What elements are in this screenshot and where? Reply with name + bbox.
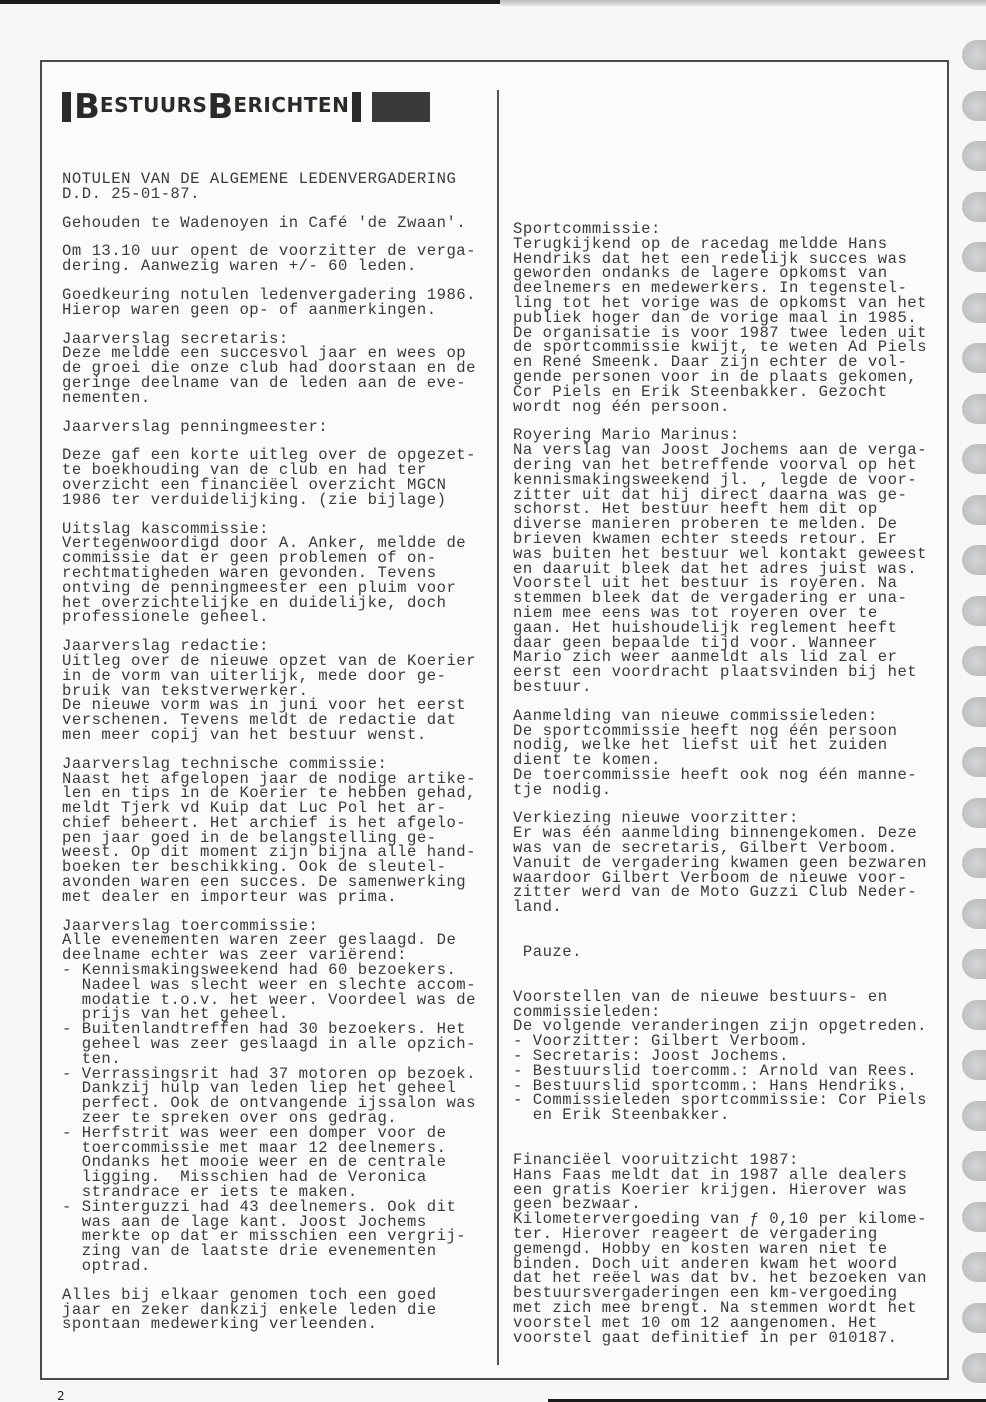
binder-hole xyxy=(962,293,986,323)
paragraph: Jaarverslag redactie:Uitleg over de nieu… xyxy=(62,639,476,743)
paragraph: Jaarverslag toercommissie:Alle evenement… xyxy=(62,919,476,1274)
banner-text-1: ESTUURS xyxy=(100,92,208,118)
binder-hole xyxy=(962,343,986,373)
left-column: NOTULEN VAN DE ALGEMENE LEDENVERGADERING… xyxy=(62,172,476,1346)
paragraph: Aanmelding van nieuwe commissieleden:De … xyxy=(513,709,927,798)
paragraph-line: wordt nog één persoon. xyxy=(513,400,927,415)
binder-hole xyxy=(962,1353,986,1383)
paragraph-line: 1986 ter verduidelijking. (zie bijlage) xyxy=(62,493,476,508)
banner-text-2: ERICHTEN xyxy=(233,92,349,118)
binder-hole xyxy=(962,242,986,272)
paragraph-line: optrad. xyxy=(62,1259,476,1274)
paragraph-line: en Erik Steenbakker. xyxy=(513,1108,927,1123)
paragraph-line: bestuur. xyxy=(513,680,927,695)
paragraph: Jaarverslag penningmeester: xyxy=(62,420,476,435)
paragraph: Financiëel vooruitzicht 1987:Hans Faas m… xyxy=(513,1153,927,1345)
paragraph: Jaarverslag technische commissie:Naast h… xyxy=(62,757,476,905)
binder-hole xyxy=(962,697,986,727)
binder-hole xyxy=(962,1202,986,1232)
paragraph-line: met dealer en importeur was prima. xyxy=(62,890,476,905)
binder-hole xyxy=(962,91,986,121)
paragraph: Gehouden te Wadenoyen in Café 'de Zwaan'… xyxy=(62,216,476,231)
paragraph-line: land. xyxy=(513,900,927,915)
paragraph-line: nementen. xyxy=(62,391,476,406)
paragraph: Jaarverslag secretaris:Deze meldde een s… xyxy=(62,332,476,406)
paragraph: Alles bij elkaar genomen toch een goedja… xyxy=(62,1288,476,1332)
paragraph-line: men meer copij van het bestuur wenst. xyxy=(62,728,476,743)
paragraph: NOTULEN VAN DE ALGEMENE LEDENVERGADERING… xyxy=(62,172,476,202)
binder-hole xyxy=(962,1050,986,1080)
paragraph: Deze gaf een korte uitleg over de opgeze… xyxy=(62,448,476,507)
binder-hole xyxy=(962,141,986,171)
paragraph-first-line: Gehouden te Wadenoyen in Café 'de Zwaan'… xyxy=(62,216,476,231)
binder-hole xyxy=(962,848,986,878)
paragraph-first-line: Jaarverslag penningmeester: xyxy=(62,420,476,435)
binder-hole xyxy=(962,192,986,222)
binder-hole xyxy=(962,798,986,828)
banner-letter-1: B xyxy=(74,92,100,122)
paragraph-line: voorstel gaat definitief in per 010187. xyxy=(513,1331,927,1346)
paragraph-line: zitter werd van de Moto Guzzi Club Neder… xyxy=(513,885,927,900)
banner-bar-right xyxy=(352,92,361,122)
paragraph: Voorstellen van de nieuwe bestuurs- enco… xyxy=(513,990,927,1123)
paragraph-line: professionele geheel. xyxy=(62,610,476,625)
paragraph-first-line: Pauze. xyxy=(513,945,927,960)
binder-hole xyxy=(962,444,986,474)
paragraph: Om 13.10 uur opent de voorzitter de verg… xyxy=(62,244,476,274)
binder-hole xyxy=(962,1101,986,1131)
binder-hole xyxy=(962,596,986,626)
paragraph: Sportcommissie:Terugkijkend op de raceda… xyxy=(513,222,927,414)
scan-edge-top-grey xyxy=(500,0,986,6)
binder-hole xyxy=(962,646,986,676)
binder-hole xyxy=(962,949,986,979)
binder-hole xyxy=(962,394,986,424)
banner-block xyxy=(372,92,430,122)
paragraph: Uitslag kascommissie:Vertegenwoordigd do… xyxy=(62,522,476,626)
paragraph-line: Hierop waren geen op- of aanmerkingen. xyxy=(62,303,476,318)
binder-hole xyxy=(962,495,986,525)
binder-hole xyxy=(962,1303,986,1333)
banner-letter-2: B xyxy=(207,92,233,122)
paragraph: Verkiezing nieuwe voorzitter:Er was één … xyxy=(513,811,927,915)
paragraph-line: dering. Aanwezig waren +/- 60 leden. xyxy=(62,259,476,274)
binder-hole xyxy=(962,1151,986,1181)
paragraph: Pauze. xyxy=(513,945,927,960)
binder-hole xyxy=(962,1000,986,1030)
paragraph: Royering Mario Marinus:Na verslag van Jo… xyxy=(513,428,927,694)
banner-bar-left xyxy=(62,92,71,122)
paragraph-line: geheel was zeer geslaagd in alle opzich- xyxy=(62,1037,476,1052)
binder-hole xyxy=(962,899,986,929)
binder-hole xyxy=(962,747,986,777)
binder-hole xyxy=(962,545,986,575)
paragraph-line: spontaan medewerking verleenden. xyxy=(62,1317,476,1332)
binder-holes xyxy=(958,40,986,1402)
right-column: Sportcommissie:Terugkijkend op de raceda… xyxy=(513,222,927,1359)
section-banner-bestuursberichten: B ESTUURS B ERICHTEN xyxy=(62,88,430,122)
paragraph-line: D.D. 25-01-87. xyxy=(62,187,476,202)
scan-edge-top-dark xyxy=(0,0,500,4)
column-divider xyxy=(497,90,499,1365)
binder-hole xyxy=(962,1252,986,1282)
paragraph: Goedkeuring notulen ledenvergadering 198… xyxy=(62,288,476,318)
page-number: 2 xyxy=(57,1389,65,1402)
binder-hole xyxy=(962,40,986,70)
paragraph-line: tje nodig. xyxy=(513,783,927,798)
